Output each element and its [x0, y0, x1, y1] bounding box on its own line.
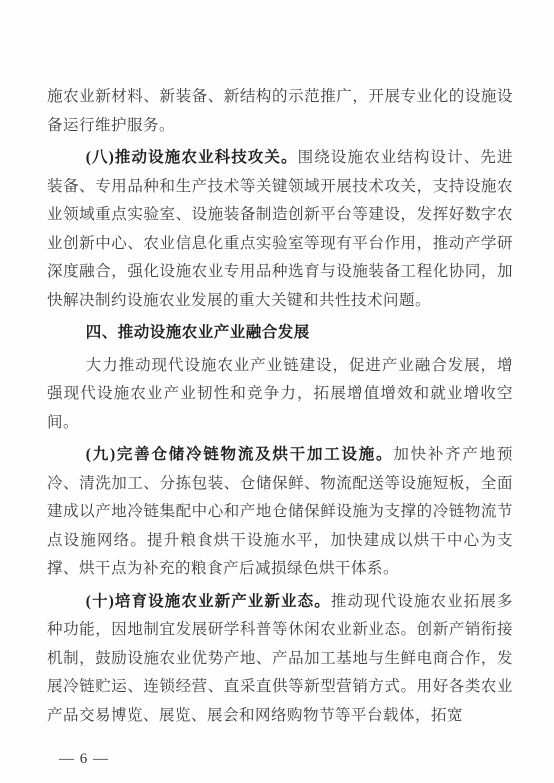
- text-segment: 施农业新材料、新装备、新结构的示范推广，开展专业化的设施设备运行维护服务。: [47, 88, 513, 134]
- document-page: 施农业新材料、新装备、新结构的示范推广，开展专业化的设施设备运行维护服务。(八)…: [0, 0, 554, 783]
- text-segment: 加快补齐产地预冷、清洗加工、分拣包装、仓储保鲜、物流配送等设施短板，全面建成以产…: [47, 446, 513, 577]
- section-heading: 四、推动设施农业产业融合发展: [47, 319, 513, 348]
- bold-lead-segment: (九)完善仓储冷链物流及烘干加工设施。: [86, 446, 394, 463]
- text-segment: 围绕设施农业结构设计、先进装备、专用品种和生产技术等关键领域开展技术攻关，支持设…: [47, 149, 513, 309]
- paragraph: 施农业新材料、新装备、新结构的示范推广，开展专业化的设施设备运行维护服务。: [47, 83, 513, 140]
- bold-lead-segment: (十)培育设施农业新产业新业态。: [86, 593, 331, 610]
- paragraph: (九)完善仓储冷链物流及烘干加工设施。加快补齐产地预冷、清洗加工、分拣包装、仓储…: [47, 441, 513, 584]
- document-body: 施农业新材料、新装备、新结构的示范推广，开展专业化的设施设备运行维护服务。(八)…: [47, 83, 513, 730]
- bold-lead-segment: 四、推动设施农业产业融合发展: [86, 324, 310, 341]
- text-segment: 推动现代设施农业拓展多种功能，因地制宜发展研学科普等休闲农业新业态。创新产销衔接…: [47, 593, 513, 724]
- paragraph: (八)推动设施农业科技攻关。围绕设施农业结构设计、先进装备、专用品种和生产技术等…: [47, 144, 513, 315]
- paragraph: 大力推动现代设施农业产业链建设，促进产业融合发展，增强现代设施农业产业韧性和竞争…: [47, 352, 513, 438]
- bold-lead-segment: (八)推动设施农业科技攻关。: [86, 149, 298, 166]
- paragraph: (十)培育设施农业新产业新业态。推动现代设施农业拓展多种功能，因地制宜发展研学科…: [47, 588, 513, 731]
- page-number: — 6 —: [59, 751, 513, 768]
- text-segment: 大力推动现代设施农业产业链建设，促进产业融合发展，增强现代设施农业产业韧性和竞争…: [47, 357, 513, 431]
